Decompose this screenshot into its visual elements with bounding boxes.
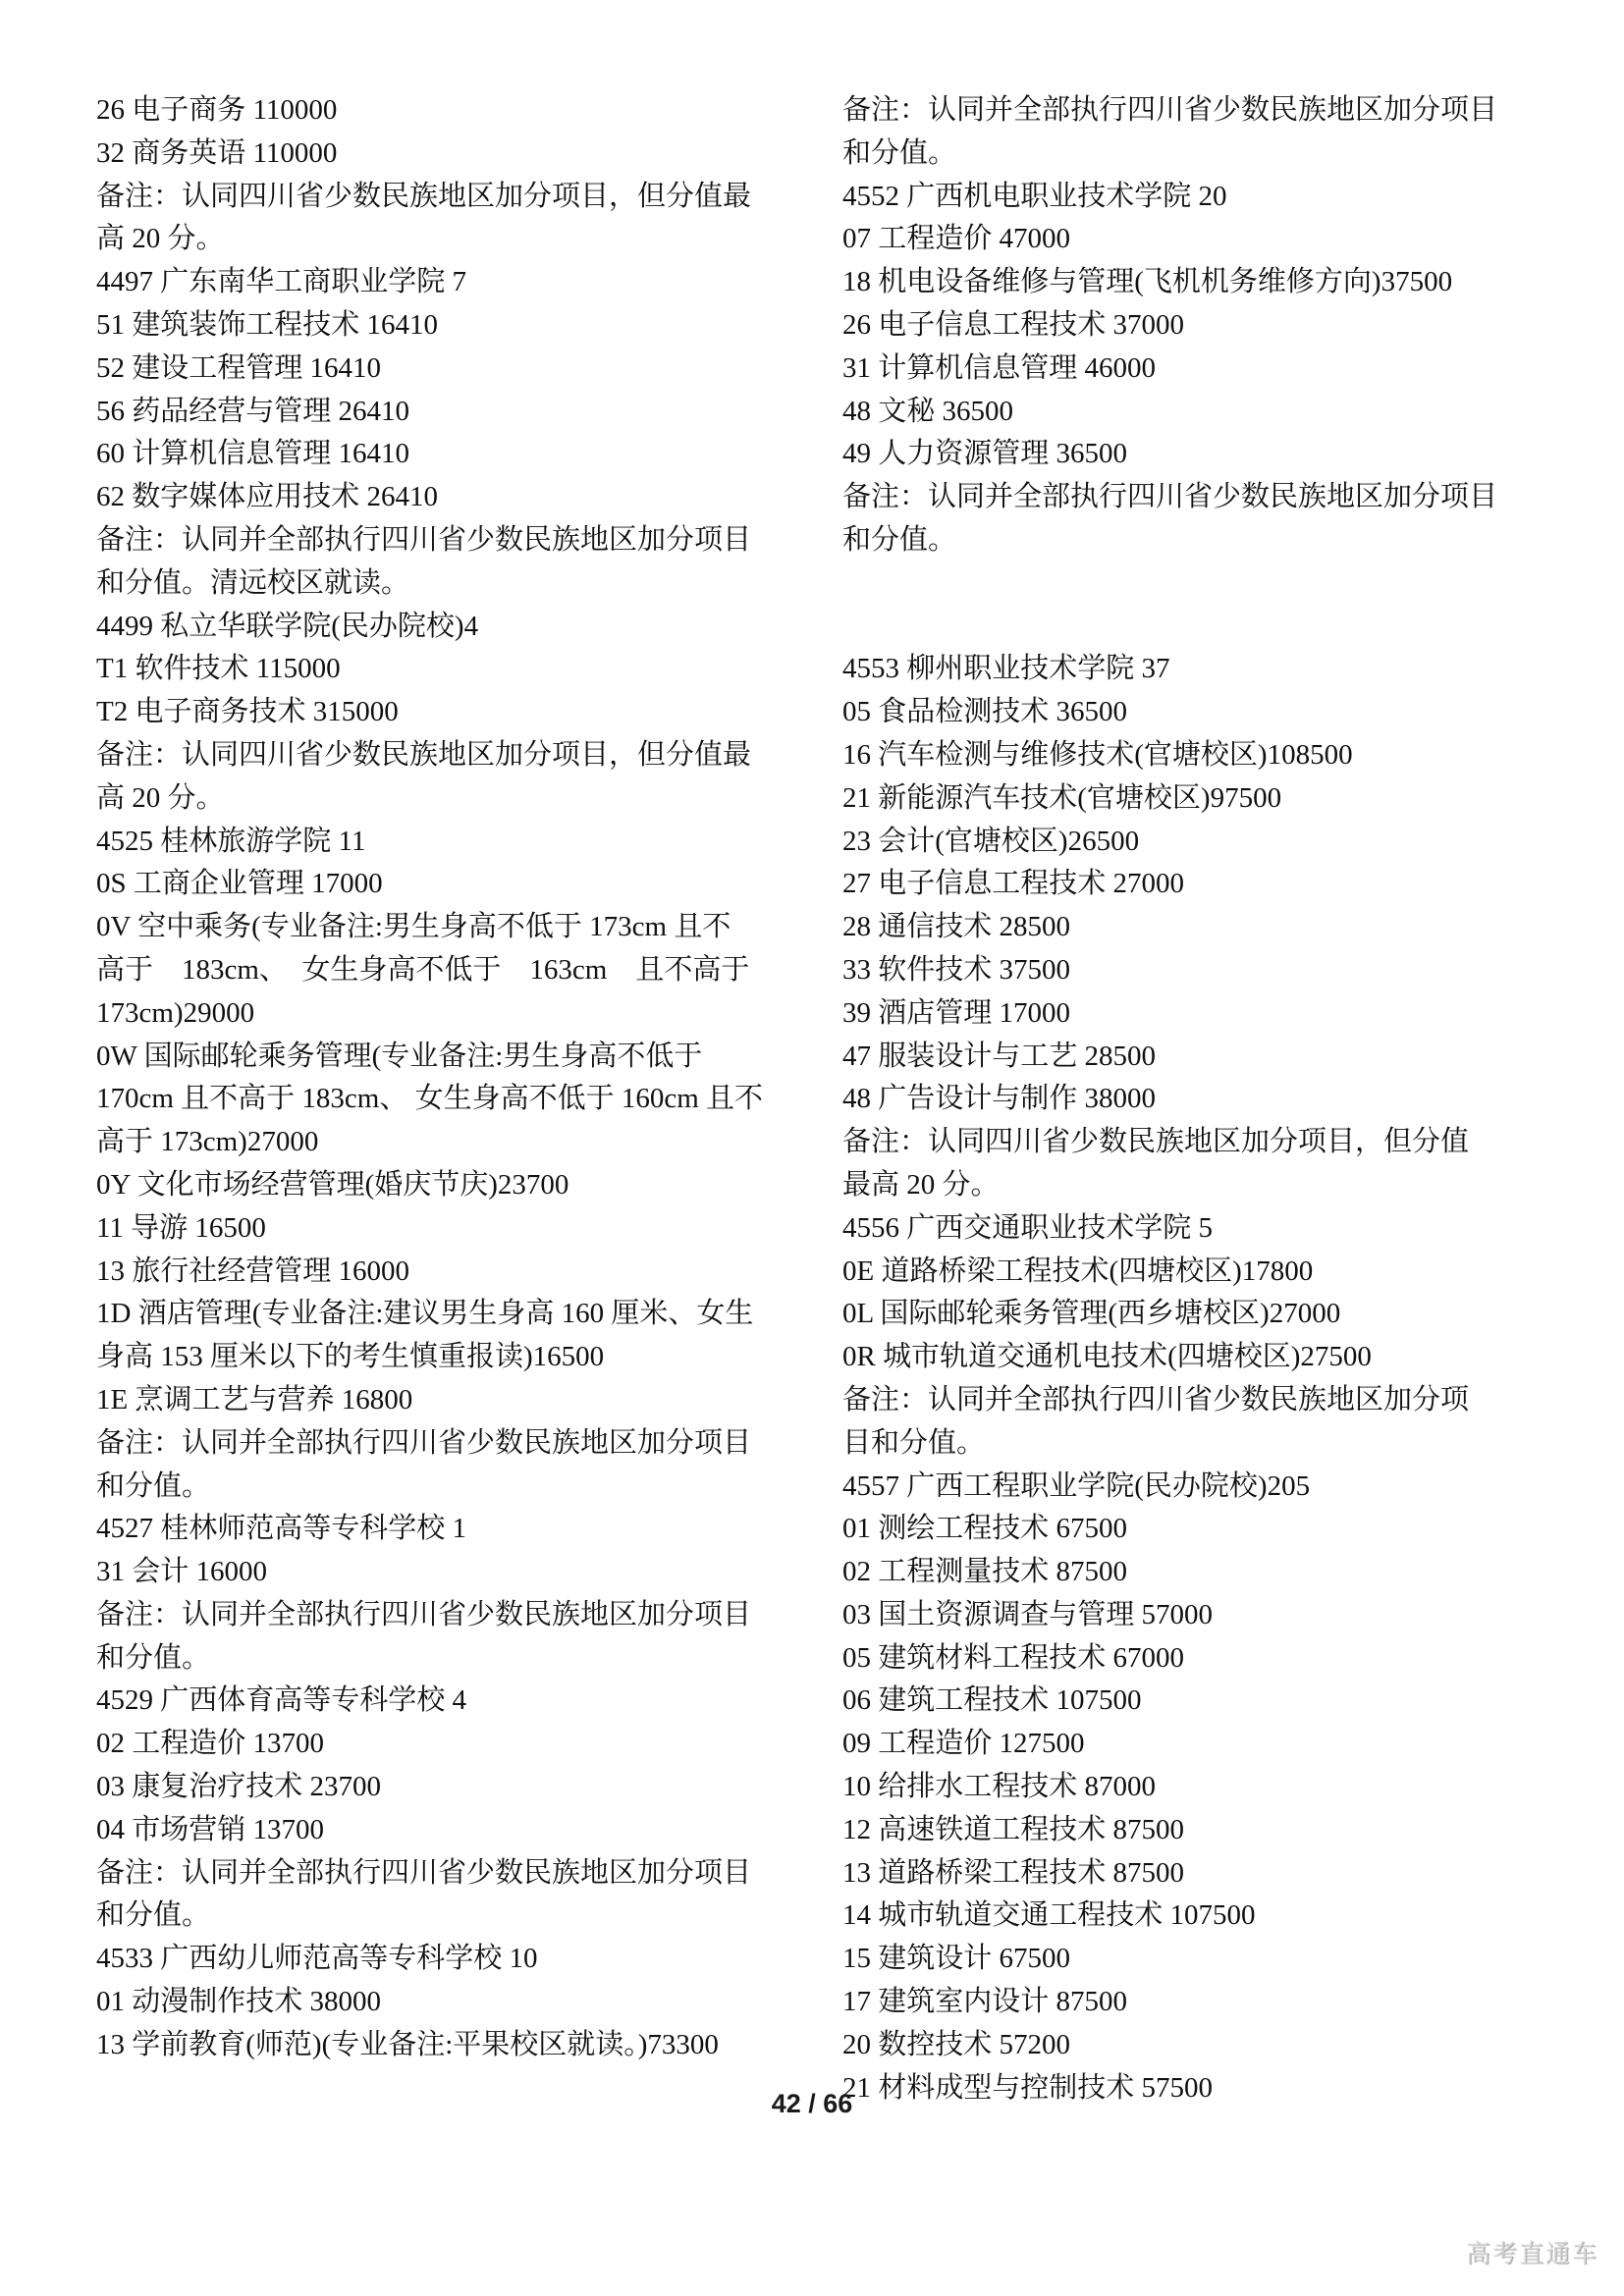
text-line: 15 建筑设计 67500 [842, 1938, 1542, 1981]
text-line: 03 国土资源调查与管理 57000 [842, 1594, 1542, 1637]
text-line: 60 计算机信息管理 16410 [96, 433, 789, 476]
text-line: 27 电子信息工程技术 27000 [842, 863, 1542, 906]
text-line [842, 606, 1542, 649]
text-line: 170cm 且不高于 183cm、 女生身高不低于 160cm 且不 [96, 1078, 789, 1121]
text-line: 4527 桂林师范高等专科学校 1 [96, 1508, 789, 1551]
text-line: 4529 广西体育高等专科学校 4 [96, 1680, 789, 1723]
text-line: 02 工程造价 13700 [96, 1723, 789, 1766]
text-line: 02 工程测量技术 87500 [842, 1551, 1542, 1594]
text-line: 备注：认同四川省少数民族地区加分项目，但分值 [842, 1121, 1542, 1164]
text-line: 4553 柳州职业技术学院 37 [842, 648, 1542, 691]
text-line: 28 通信技术 28500 [842, 906, 1542, 949]
text-line: 1D 酒店管理(专业备注:建议男生身高 160 厘米、女生 [96, 1293, 789, 1336]
text-line: 47 服装设计与工艺 28500 [842, 1036, 1542, 1079]
text-line: 52 建设工程管理 16410 [96, 347, 789, 391]
text-line: 0Y 文化市场经营管理(婚庆节庆)23700 [96, 1164, 789, 1207]
text-line: 0S 工商企业管理 17000 [96, 863, 789, 906]
text-line: 51 建筑装饰工程技术 16410 [96, 304, 789, 347]
text-line: 高 20 分。 [96, 218, 789, 261]
text-line: 26 电子商务 110000 [96, 89, 789, 133]
text-line: 目和分值。 [842, 1422, 1542, 1466]
text-line: 0R 城市轨道交通机电技术(四塘校区)27500 [842, 1336, 1542, 1379]
page-number: 42 / 66 [0, 2089, 1624, 2119]
text-line: 备注：认同并全部执行四川省少数民族地区加分项目 [96, 1852, 789, 1896]
text-line: 18 机电设备维修与管理(飞机机务维修方向)37500 [842, 261, 1542, 304]
text-line: 备注：认同并全部执行四川省少数民族地区加分项 [842, 1379, 1542, 1422]
text-line: 和分值。 [96, 1637, 789, 1681]
text-line: 05 食品检测技术 36500 [842, 691, 1542, 734]
text-line: 23 会计(官塘校区)26500 [842, 821, 1542, 864]
text-line: 备注：认同并全部执行四川省少数民族地区加分项目 [96, 519, 789, 562]
text-line: 13 学前教育(师范)(专业备注:平果校区就读。)73300 [96, 2024, 789, 2067]
text-line: 备注：认同并全部执行四川省少数民族地区加分项目 [842, 89, 1542, 133]
text-line: 0V 空中乘务(专业备注:男生身高不低于 173cm 且不 [96, 906, 789, 949]
text-line: 62 数字媒体应用技术 26410 [96, 476, 789, 519]
text-line: 09 工程造价 127500 [842, 1723, 1542, 1766]
text-line: 01 动漫制作技术 38000 [96, 1981, 789, 2024]
text-line: 备注：认同四川省少数民族地区加分项目，但分值最 [96, 176, 789, 219]
text-line: 和分值。 [842, 133, 1542, 176]
text-line: 07 工程造价 47000 [842, 218, 1542, 261]
text-line: 01 测绘工程技术 67500 [842, 1508, 1542, 1551]
text-line: 31 会计 16000 [96, 1551, 789, 1594]
text-line: 0E 道路桥梁工程技术(四塘校区)17800 [842, 1251, 1542, 1294]
text-line: 12 高速铁道工程技术 87500 [842, 1809, 1542, 1852]
text-line: 173cm)29000 [96, 992, 789, 1036]
text-line: 33 软件技术 37500 [842, 949, 1542, 992]
text-line: 32 商务英语 110000 [96, 133, 789, 176]
text-line: 4552 广西机电职业技术学院 20 [842, 176, 1542, 219]
text-line: 1E 烹调工艺与营养 16800 [96, 1379, 789, 1422]
text-line: 17 建筑室内设计 87500 [842, 1981, 1542, 2024]
text-line: 备注：认同并全部执行四川省少数民族地区加分项目 [96, 1594, 789, 1637]
text-line: 04 市场营销 13700 [96, 1809, 789, 1852]
text-line: 和分值。 [96, 1895, 789, 1938]
text-line: 4556 广西交通职业技术学院 5 [842, 1207, 1542, 1251]
left-column: 26 电子商务 11000032 商务英语 110000备注：认同四川省少数民族… [96, 89, 789, 2067]
text-line: 备注：认同四川省少数民族地区加分项目，但分值最 [96, 734, 789, 777]
text-line: 和分值。清远校区就读。 [96, 562, 789, 606]
text-line: T1 软件技术 115000 [96, 648, 789, 691]
text-line: 10 给排水工程技术 87000 [842, 1766, 1542, 1809]
text-line [842, 562, 1542, 606]
text-line: 0W 国际邮轮乘务管理(专业备注:男生身高不低于 [96, 1036, 789, 1079]
text-line: 49 人力资源管理 36500 [842, 433, 1542, 476]
text-line: 和分值。 [842, 519, 1542, 562]
text-line: T2 电子商务技术 315000 [96, 691, 789, 734]
text-line: 高于 183cm、 女生身高不低于 163cm 且不高于 [96, 949, 789, 992]
text-line: 13 旅行社经营管理 16000 [96, 1251, 789, 1294]
text-line: 56 药品经营与管理 26410 [96, 391, 789, 434]
text-line: 4557 广西工程职业学院(民办院校)205 [842, 1466, 1542, 1509]
text-line: 48 广告设计与制作 38000 [842, 1078, 1542, 1121]
text-line: 身高 153 厘米以下的考生慎重报读)16500 [96, 1336, 789, 1379]
text-line: 21 新能源汽车技术(官塘校区)97500 [842, 777, 1542, 821]
watermark: 高考直通车 [1466, 2234, 1598, 2269]
text-line: 14 城市轨道交通工程技术 107500 [842, 1895, 1542, 1938]
text-line: 高 20 分。 [96, 777, 789, 821]
document-page: 26 电子商务 11000032 商务英语 110000备注：认同四川省少数民族… [0, 0, 1624, 2296]
text-line: 最高 20 分。 [842, 1164, 1542, 1207]
text-line: 20 数控技术 57200 [842, 2024, 1542, 2067]
text-line: 高于 173cm)27000 [96, 1121, 789, 1164]
text-line: 11 导游 16500 [96, 1207, 789, 1251]
text-line: 26 电子信息工程技术 37000 [842, 304, 1542, 347]
text-line: 06 建筑工程技术 107500 [842, 1680, 1542, 1723]
text-line: 16 汽车检测与维修技术(官塘校区)108500 [842, 734, 1542, 777]
text-line: 4499 私立华联学院(民办院校)4 [96, 606, 789, 649]
text-line: 4497 广东南华工商职业学院 7 [96, 261, 789, 304]
text-line: 05 建筑材料工程技术 67000 [842, 1637, 1542, 1681]
text-line: 和分值。 [96, 1466, 789, 1509]
text-line: 备注：认同并全部执行四川省少数民族地区加分项目 [96, 1422, 789, 1466]
text-line: 03 康复治疗技术 23700 [96, 1766, 789, 1809]
text-line: 31 计算机信息管理 46000 [842, 347, 1542, 391]
text-line: 39 酒店管理 17000 [842, 992, 1542, 1036]
text-line: 4533 广西幼儿师范高等专科学校 10 [96, 1938, 789, 1981]
text-line: 备注：认同并全部执行四川省少数民族地区加分项目 [842, 476, 1542, 519]
text-line: 0L 国际邮轮乘务管理(西乡塘校区)27000 [842, 1293, 1542, 1336]
right-column: 备注：认同并全部执行四川省少数民族地区加分项目和分值。4552 广西机电职业技术… [842, 89, 1542, 2109]
text-line: 48 文秘 36500 [842, 391, 1542, 434]
text-line: 13 道路桥梁工程技术 87500 [842, 1852, 1542, 1896]
text-line: 4525 桂林旅游学院 11 [96, 821, 789, 864]
